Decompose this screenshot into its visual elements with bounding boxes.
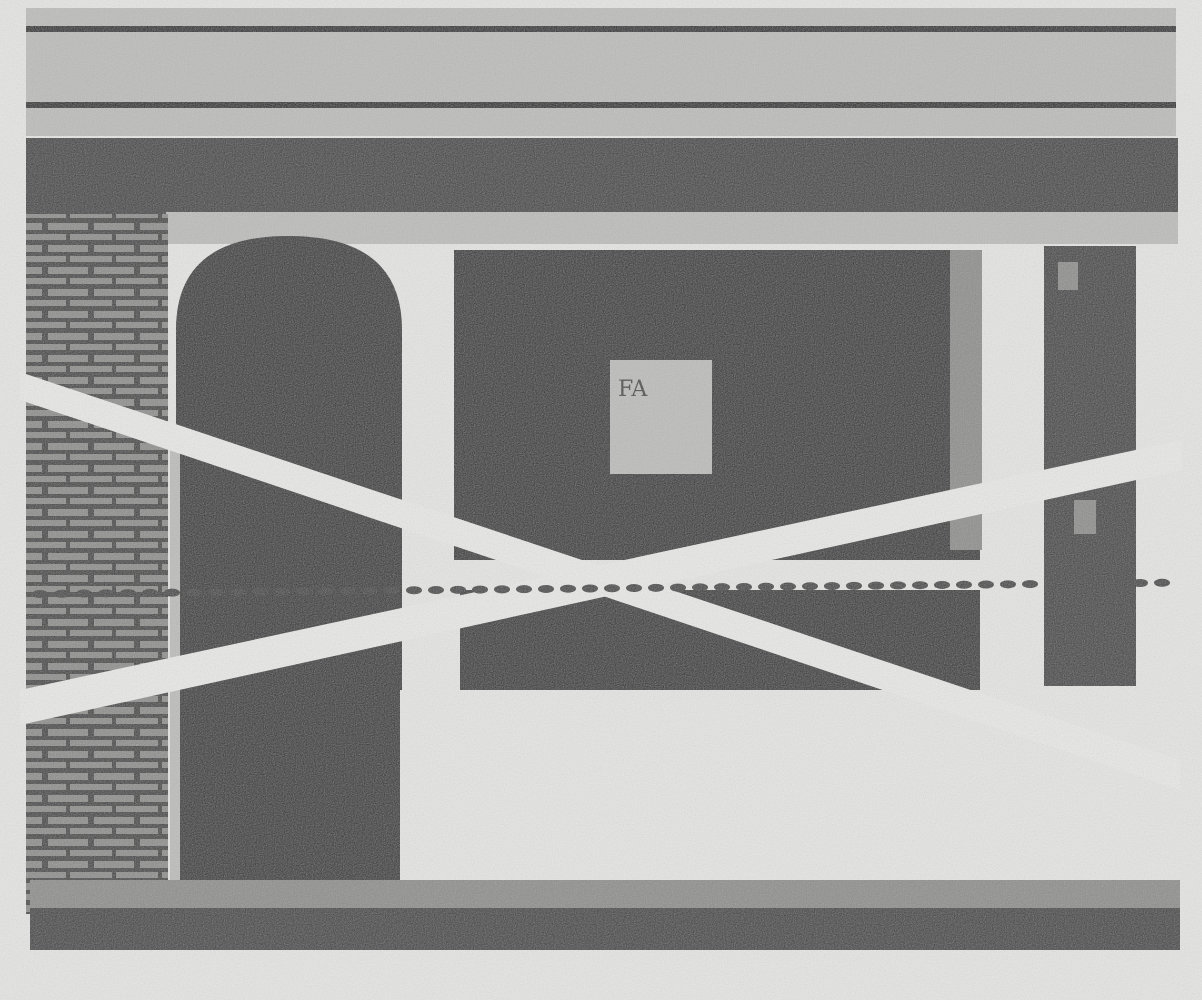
arched-doorway [176,236,402,880]
lower-wall [400,690,1180,880]
ground-dark [30,908,1180,950]
brick-pier-left [26,214,168,914]
lintel [26,138,1178,214]
small-picture-marks: FA [618,377,648,402]
cornice-line-1 [26,26,1176,32]
lithograph-canvas: FA [0,0,1202,1000]
cornice-line-2 [26,102,1176,108]
